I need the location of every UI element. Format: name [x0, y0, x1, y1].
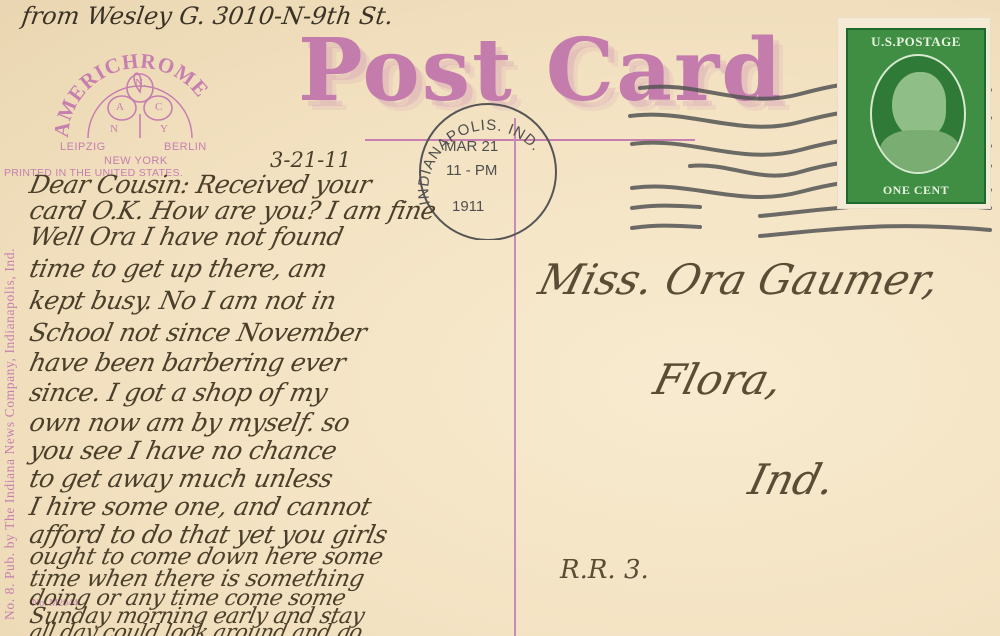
logo-new-york: NEW YORK: [104, 155, 168, 167]
stamp-top-text: U.S.POSTAGE: [848, 34, 984, 50]
stamp-design: U.S.POSTAGE ONE CENT: [846, 28, 986, 204]
recipient-state: Ind.: [744, 455, 840, 504]
logo-leipzig: LEIPZIG: [60, 141, 106, 153]
svg-text:A: A: [116, 101, 124, 113]
svg-text:C: C: [155, 101, 162, 113]
message-line: time to get up there, am: [27, 254, 330, 283]
message-line: Well Ora I have not found: [27, 222, 346, 251]
postcard: from Wesley G. 3010-N-9th St. AMERICHROM…: [0, 0, 1000, 636]
publisher-text: No. 8. Pub. by The Indiana News Company,…: [2, 248, 18, 620]
message-line: School not since November: [27, 318, 369, 347]
message-line: Dear Cousin: Received your: [27, 170, 374, 199]
message-line: I hire some one, and cannot: [27, 492, 374, 521]
message-line: card O.K. How are you? I am fine: [27, 196, 438, 225]
postmark-time: 11 - PM: [446, 162, 497, 179]
message-line: own now am by myself. so: [27, 408, 352, 437]
logo-berlin: BERLIN: [164, 141, 207, 153]
message-line: to get away much unless: [27, 464, 335, 493]
postage-stamp: U.S.POSTAGE ONE CENT: [838, 18, 990, 208]
franklin-portrait-icon: [870, 54, 966, 174]
recipient-city: Flora,: [649, 355, 788, 404]
rural-route: R.R. 3.: [560, 555, 649, 585]
message-line: since. I got a shop of my: [27, 378, 330, 407]
svg-text:Y: Y: [160, 123, 168, 135]
stamp-bottom-text: ONE CENT: [848, 183, 984, 198]
message-line: kept busy. No I am not in: [27, 286, 339, 315]
message-date: 3-21-11: [270, 148, 351, 172]
shamrock-icon: AMERICHROME N. A C N Y: [46, 52, 236, 152]
svg-text:AMERICHROME: AMERICHROME: [49, 52, 214, 139]
postmark-date: MAR 21: [444, 138, 498, 155]
americhrome-logo: AMERICHROME N. A C N Y LEIPZIG BERLIN NE…: [46, 52, 236, 182]
message-line: you see I have no chance: [27, 436, 339, 465]
svg-text:N.: N.: [135, 77, 146, 89]
postmark-year: 1911: [452, 198, 484, 215]
message-line: all day could look around and go: [27, 620, 364, 636]
recipient-name: Miss. Ora Gaumer,: [534, 255, 945, 304]
svg-text:N: N: [110, 123, 118, 135]
message-line: have been barbering ever: [27, 348, 348, 377]
